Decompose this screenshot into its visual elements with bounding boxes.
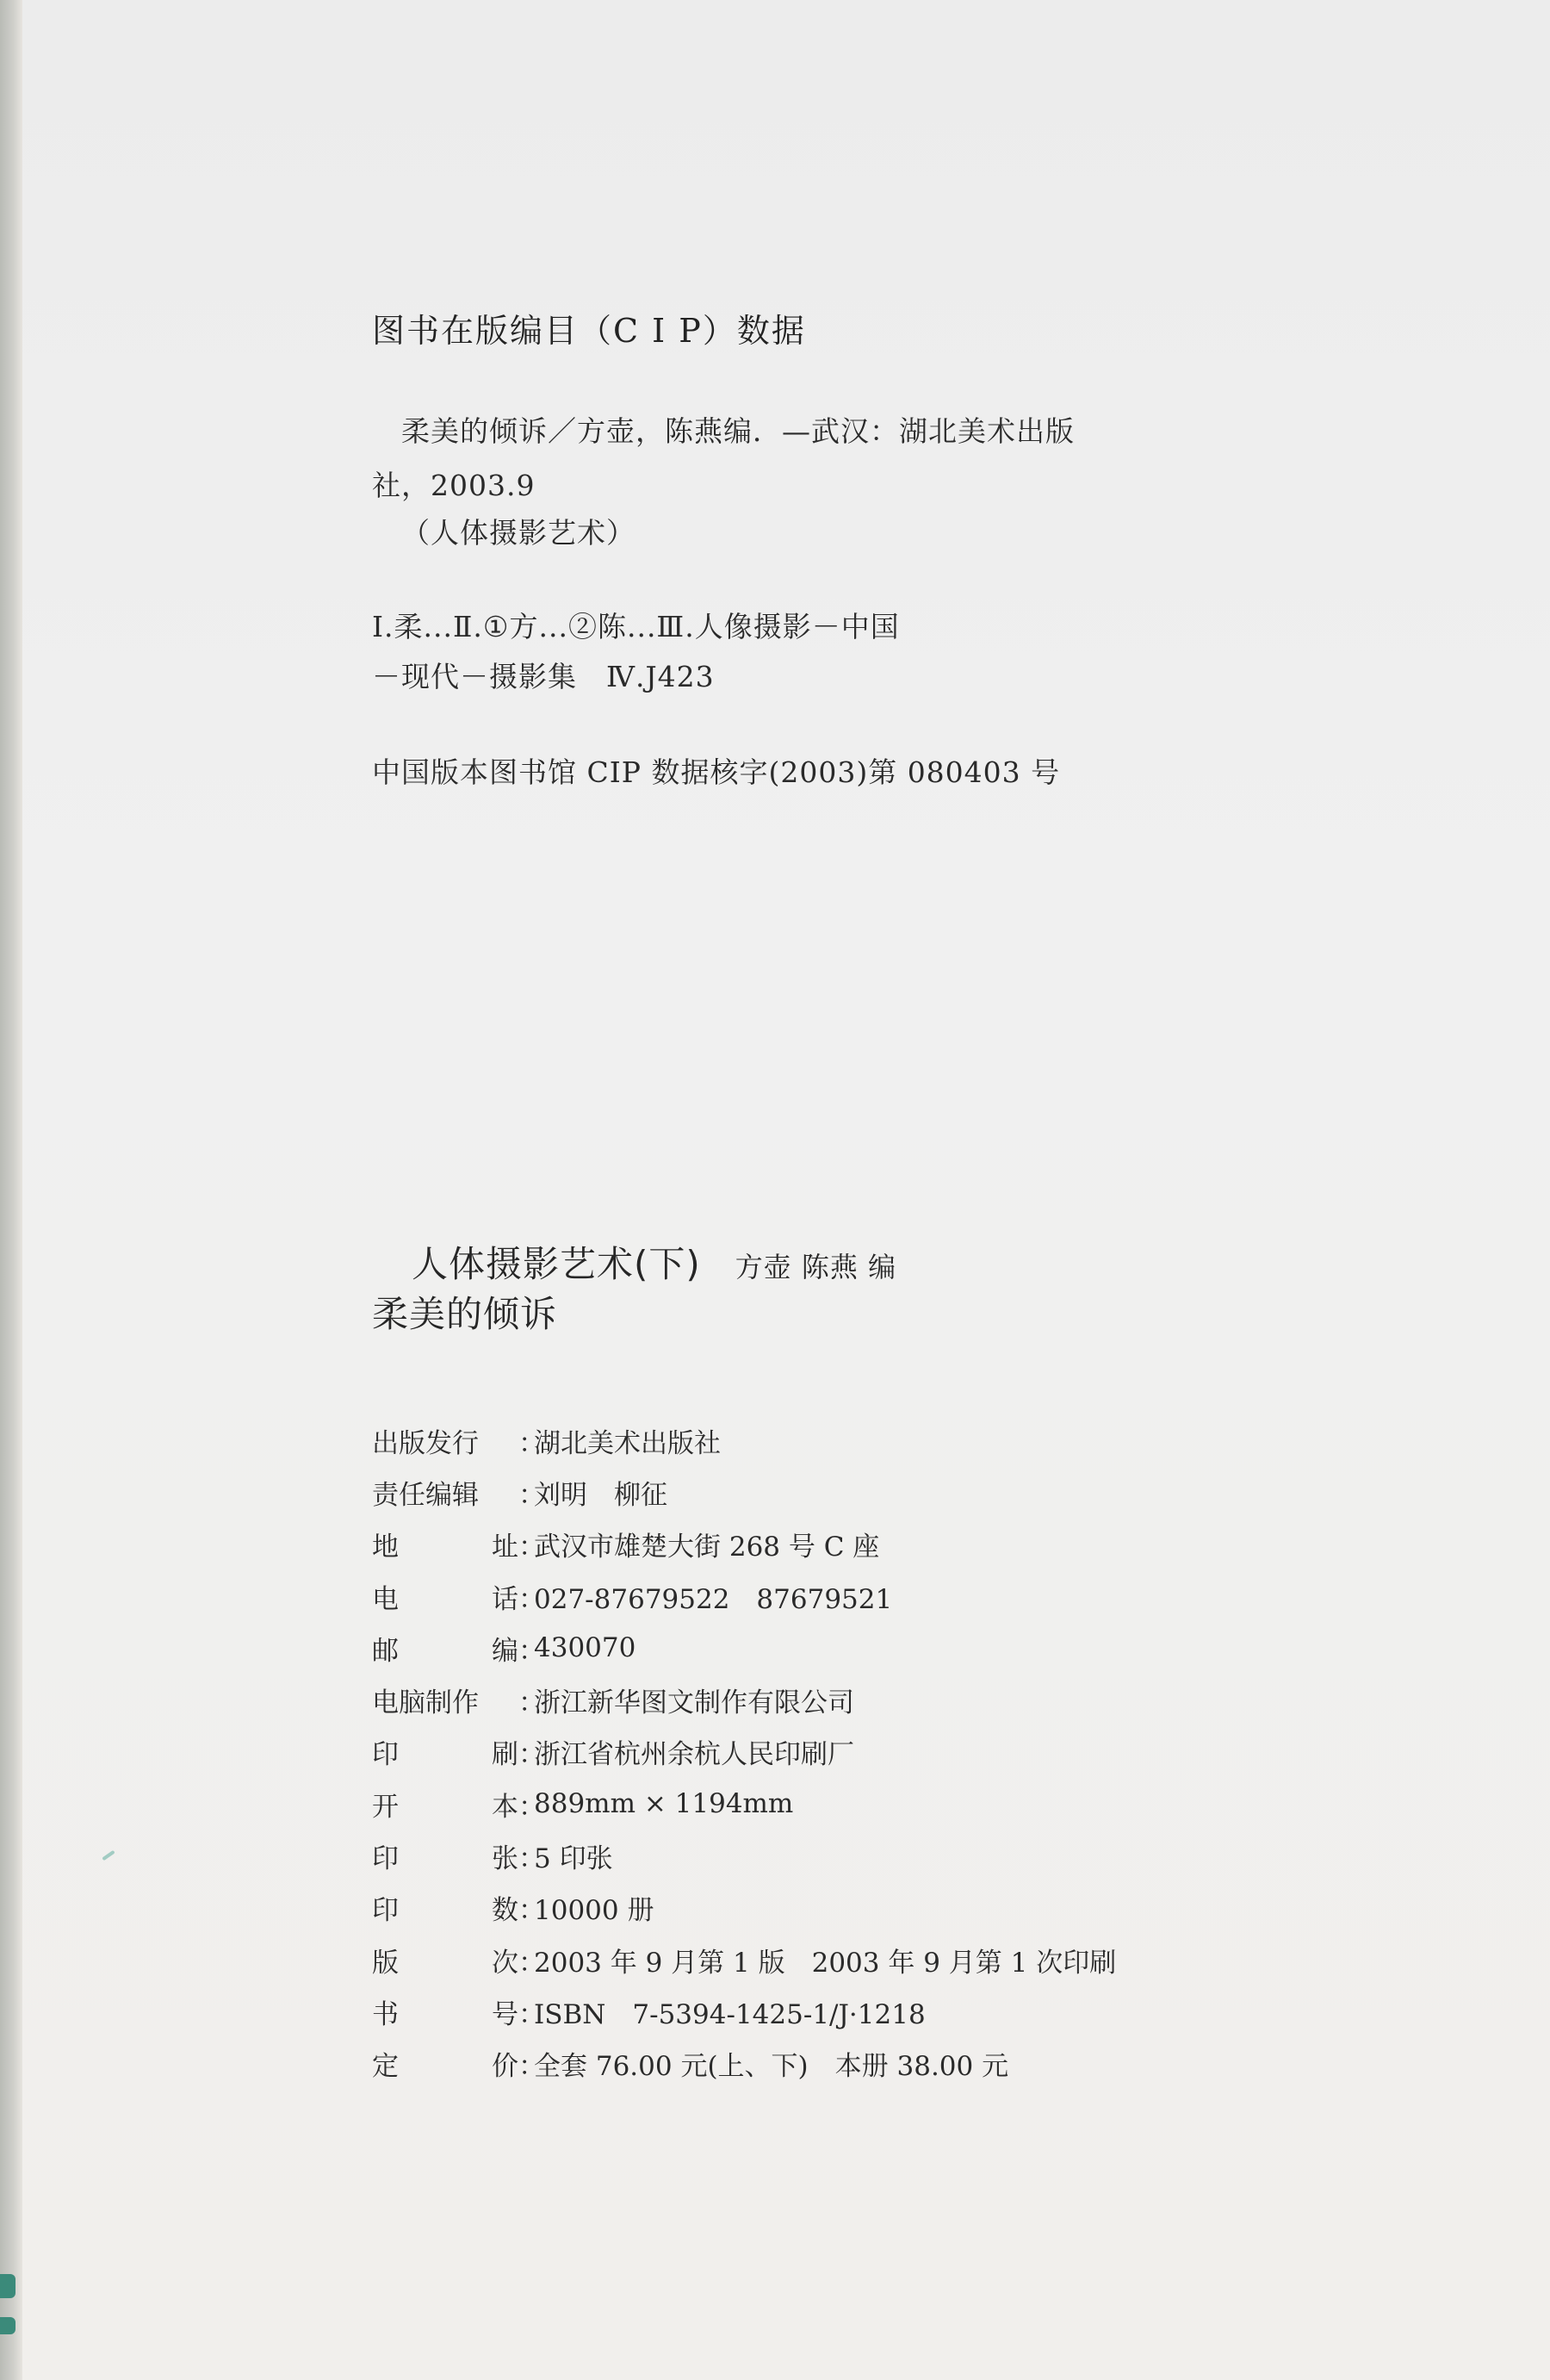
imprint-row: 责任编辑：刘明 柳征: [372, 1466, 1319, 1518]
imprint-colon: ：: [518, 1785, 534, 1824]
editors: 方壶 陈燕 编: [735, 1251, 896, 1283]
imprint-value: 430070: [534, 1632, 1319, 1663]
imprint-label: 书号: [372, 1992, 518, 2031]
imprint-colon: ：: [518, 1421, 534, 1460]
imprint-row: 电话：027-87679522 87679521: [372, 1570, 1319, 1622]
imprint-value: 889mm × 1194mm: [534, 1788, 1319, 1819]
imprint-table: 出版发行：湖北美术出版社责任编辑：刘明 柳征地址：武汉市雄楚大街 268 号 C…: [372, 1414, 1319, 2090]
imprint-label-text: 电脑制作: [372, 1681, 479, 1719]
imprint-label-text: 张: [492, 1836, 518, 1875]
imprint-row: 邮编：430070: [372, 1622, 1319, 1674]
imprint-label: 邮编: [372, 1629, 518, 1668]
imprint-label: 开本: [372, 1785, 518, 1824]
cover-edge-mark: [0, 2317, 15, 2334]
imprint-colon: ：: [518, 1836, 534, 1875]
imprint-row: 印数：10000 册: [372, 1882, 1319, 1934]
imprint-label: 地址: [372, 1525, 518, 1563]
imprint-row: 定价：全套 76.00 元(上、下) 本册 38.00 元: [372, 2038, 1319, 2090]
imprint-label-text: 出版发行: [372, 1421, 479, 1460]
imprint-label-text: 定: [372, 2044, 399, 2083]
imprint-label: 定价: [372, 2044, 518, 2083]
imprint-label: 印张: [372, 1836, 518, 1875]
imprint-colon: ：: [518, 1577, 534, 1616]
imprint-label-text: 电: [372, 1577, 399, 1616]
copyright-page: 图书在版编目（C I P）数据 柔美的倾诉／方壶，陈燕编．—武汉：湖北美术出版 …: [0, 0, 1550, 2380]
imprint-colon: ：: [518, 1629, 534, 1668]
imprint-colon: ：: [518, 1473, 534, 1512]
imprint-label-text: 书: [372, 1992, 399, 2031]
cip-line: －现代－摄影集 Ⅳ.J423: [372, 660, 715, 694]
imprint-colon: ：: [518, 2044, 534, 2083]
imprint-value: 湖北美术出版社: [534, 1421, 1319, 1460]
imprint-label-text: 地: [372, 1525, 399, 1563]
imprint-label: 电话: [372, 1577, 518, 1616]
imprint-label-text: 址: [492, 1525, 518, 1563]
imprint-label-text: 印: [372, 1732, 399, 1771]
ink-smudge: [102, 1850, 115, 1861]
imprint-label-text: 话: [492, 1577, 518, 1616]
imprint-value: 武汉市雄楚大街 268 号 C 座: [534, 1525, 1319, 1563]
cover-edge-mark: [0, 2274, 15, 2298]
imprint-row: 书号：ISBN 7-5394-1425-1/J·1218: [372, 1985, 1319, 2037]
imprint-label: 出版发行: [372, 1421, 518, 1460]
imprint-value: 2003 年 9 月第 1 版 2003 年 9 月第 1 次印刷: [534, 1941, 1319, 1979]
imprint-colon: ：: [518, 1525, 534, 1563]
imprint-row: 开本：889mm × 1194mm: [372, 1778, 1319, 1830]
imprint-label-text: 数: [492, 1888, 518, 1927]
imprint-row: 版次：2003 年 9 月第 1 版 2003 年 9 月第 1 次印刷: [372, 1934, 1319, 1985]
imprint-label-text: 价: [492, 2044, 518, 2083]
imprint-value: 全套 76.00 元(上、下) 本册 38.00 元: [534, 2044, 1319, 2083]
imprint-colon: ：: [518, 1732, 534, 1771]
imprint-label-text: 本: [492, 1785, 518, 1824]
imprint-value: 5 印张: [534, 1836, 1319, 1875]
series-title: 人体摄影艺术(下): [412, 1243, 701, 1285]
imprint-label-text: 号: [492, 1992, 518, 2031]
imprint-colon: ：: [518, 1992, 534, 2031]
cip-line: 社，2003.9: [372, 469, 535, 503]
imprint-colon: ：: [518, 1681, 534, 1719]
imprint-value: 027-87679522 87679521: [534, 1577, 1319, 1616]
cip-line: 柔美的倾诉／方壶，陈燕编．—武汉：湖北美术出版: [401, 414, 1075, 449]
imprint-label: 电脑制作: [372, 1681, 518, 1719]
imprint-label-text: 印: [372, 1836, 399, 1875]
imprint-value: 浙江省杭州余杭人民印刷厂: [534, 1732, 1319, 1771]
imprint-row: 出版发行：湖北美术出版社: [372, 1414, 1319, 1466]
imprint-value: 浙江新华图文制作有限公司: [534, 1681, 1319, 1719]
imprint-colon: ：: [518, 1941, 534, 1979]
imprint-row: 印刷：浙江省杭州余杭人民印刷厂: [372, 1726, 1319, 1778]
imprint-label-text: 版: [372, 1941, 399, 1979]
imprint-label-text: 责任编辑: [372, 1473, 479, 1512]
imprint-value: 10000 册: [534, 1888, 1319, 1927]
cip-line: （人体摄影艺术）: [401, 516, 635, 550]
page-edge: [0, 0, 22, 2380]
imprint-label: 责任编辑: [372, 1473, 518, 1512]
book-title: 柔美的倾诉: [372, 1297, 557, 1332]
imprint-colon: ：: [518, 1888, 534, 1927]
imprint-label-text: 刷: [492, 1732, 518, 1771]
imprint-label-text: 印: [372, 1888, 399, 1927]
imprint-row: 地址：武汉市雄楚大街 268 号 C 座: [372, 1519, 1319, 1570]
cip-heading: 图书在版编目（C I P）数据: [372, 314, 806, 348]
imprint-label: 印刷: [372, 1732, 518, 1771]
imprint-label-text: 开: [372, 1785, 399, 1824]
imprint-label: 印数: [372, 1888, 518, 1927]
imprint-label-text: 次: [492, 1941, 518, 1979]
imprint-label-text: 编: [492, 1629, 518, 1668]
imprint-value: 刘明 柳征: [534, 1473, 1319, 1512]
imprint-row: 电脑制作：浙江新华图文制作有限公司: [372, 1674, 1319, 1725]
imprint-value: ISBN 7-5394-1425-1/J·1218: [534, 1992, 1319, 2031]
cip-line: Ⅰ.柔...Ⅱ.①方...②陈...Ⅲ.人像摄影－中国: [372, 610, 900, 644]
cip-approval-number: 中国版本图书馆 CIP 数据核字(2003)第 080403 号: [372, 755, 1060, 790]
imprint-label-text: 邮: [372, 1629, 399, 1668]
imprint-row: 印张：5 印张: [372, 1830, 1319, 1881]
imprint-label: 版次: [372, 1941, 518, 1979]
